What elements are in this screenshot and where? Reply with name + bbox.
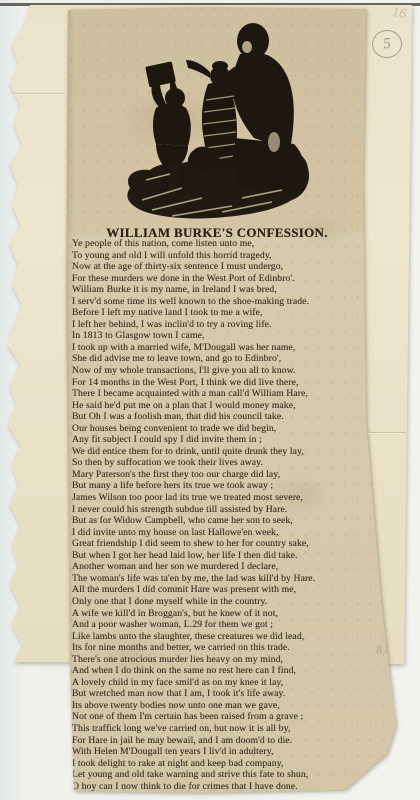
pencil-number-annotation: 81: [375, 641, 390, 657]
paper-crease: [368, 432, 406, 433]
poem-line: In 1813 to Glasgow town I came,: [72, 330, 372, 342]
poem-line: Mary Paterson's the first they too our c…: [72, 469, 372, 481]
poem-line: So then by suffocation we took their liv…: [72, 457, 372, 469]
poem-line: Ye people of this nation, come listen un…: [72, 238, 372, 250]
poem-line: She did advise me to leave town, and go …: [72, 353, 372, 365]
poem-line: James Wilson too poor lad its true we tr…: [72, 492, 372, 504]
poem-line: I left her behind, I was inclin'd to try…: [72, 319, 372, 331]
broadside-surface: WILLIAM BURKE'S CONFESSION. Ye people of…: [0, 0, 420, 800]
poem-line: Like lambs unto the slaughter, these cre…: [72, 631, 372, 643]
poem-line: All the murders I did commit Hare was pr…: [72, 584, 372, 596]
poem-line: Any fit subject I could spy I did invite…: [72, 434, 372, 446]
poem-line: O hoy can I now think to die for crimes …: [72, 781, 372, 793]
poem-line: Great friendship I did seem to shew to h…: [72, 538, 372, 550]
poem-line: He said he'd put me on a plan that I wou…: [72, 400, 372, 412]
poem-line: A wife we kill'd in Broggan's, but he kn…: [72, 608, 372, 620]
poem-line: For these murders we done in the West Po…: [72, 273, 372, 285]
poem-line: And a poor washer woman, L.29 for them w…: [72, 619, 372, 631]
poem-line: But as for Widow Campbell, who came her …: [72, 515, 372, 527]
poem-line: There I became acquainted with a man cal…: [72, 388, 372, 400]
poem-line: But many a life before hers its true we …: [72, 480, 372, 492]
poem-line: For Hare in jail he may bewail, and I am…: [72, 735, 372, 747]
poem-line: Before I left my native land I took to m…: [72, 307, 372, 319]
poem-line: Now at the age of thirty-six sentence I …: [72, 261, 372, 273]
poem-line: But when I got her head laid low, her li…: [72, 550, 372, 562]
poem-line: A lovely child in my face smil'd as on m…: [72, 677, 372, 689]
poem-line: And when I do think on the same no rest …: [72, 665, 372, 677]
poem-line: I serv'd some time its well known to the…: [72, 296, 372, 308]
poem: Ye people of this nation, come listen un…: [72, 238, 372, 792]
poem-line: I did invite unto my house on last Hallo…: [72, 527, 372, 539]
poem-line: For 14 months in the West Port, I think …: [72, 377, 372, 389]
poem-line: With Helen M'Dougall ten years I liv'd i…: [72, 746, 372, 758]
poem-line: Its above twenty bodies now unto one man…: [72, 700, 372, 712]
poem-line: I never could his strength subdue till a…: [72, 504, 372, 516]
poem-line: Its for nine months and better, we carri…: [72, 642, 372, 654]
poem-line: But Oh I was a foolish man, that did his…: [72, 411, 372, 423]
poem-line: We did entice them for to drink, until q…: [72, 446, 372, 458]
poem-line: This traffick long we've carried on, but…: [72, 723, 372, 735]
poem-line: Now of my whole transactions, I'll give …: [72, 365, 372, 377]
poem-line: Our houses being convenient to trade we …: [72, 423, 372, 435]
pencil-number-annotation: 16: [391, 5, 408, 23]
poem-line: I took delight to rake at night and keep…: [72, 758, 372, 770]
broadside-paper: WILLIAM BURKE'S CONFESSION. Ye people of…: [0, 0, 420, 800]
poem-line: Another woman and her son we murdered I …: [72, 561, 372, 573]
poem-line: There's one atrocious murder lies heavy …: [72, 654, 372, 666]
woodcut-illustration-icon: [122, 20, 314, 225]
poem-line: But wretched man now that I am, I took i…: [72, 688, 372, 700]
poem-line: William Burke it is my name, in Ireland …: [72, 284, 372, 296]
scanned-broadside-page: WILLIAM BURKE'S CONFESSION. Ye people of…: [0, 0, 420, 800]
poem-line: To young and old I will unfold this horr…: [72, 250, 372, 262]
poem-line: Let young and old take warning and striv…: [72, 769, 372, 781]
poem-line: Not one of them I'm certain has been rai…: [72, 711, 372, 723]
poem-line: The woman's life was ta'en by me, the la…: [72, 573, 372, 585]
poem-line: Only one that I done myself while in the…: [72, 596, 372, 608]
poem-line: I took up with a married wife, M'Dougall…: [72, 342, 372, 354]
